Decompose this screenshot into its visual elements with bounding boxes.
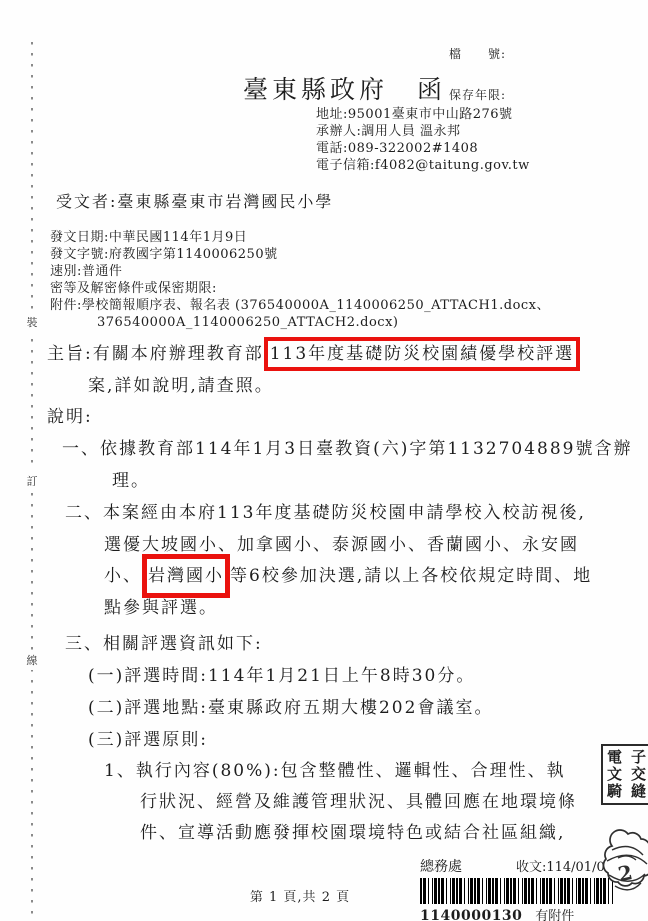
explanation-item1-line1: 一、依據教育部114年1月3日臺教資(六)字第1132704889號含辦 [62, 434, 633, 459]
receive-office: 總務處 [420, 856, 462, 876]
file-number-label: 檔 號: [449, 48, 506, 62]
document-title: 臺東縣政府 函 [243, 70, 446, 106]
speed-class-line: 速別:普通件 [50, 263, 550, 280]
subject-line-1: 主旨:有關本府辦理教育部113年度基礎防災校園績優學校評選 [47, 339, 580, 364]
electronic-exchange-stamp: 電子 文交 騎縫 [601, 744, 648, 805]
attachment-line-2: 376540000A_1140006250_ATTACH2.docx) [50, 314, 550, 331]
security-class-line: 密等及解密條件或保密期限: [50, 280, 550, 297]
contact-phone: 電話:089-322002#1408 [316, 140, 530, 157]
agency-contact-block: 地址:95001臺東市中山路276號 承辦人:調用人員 溫永邦 電話:089-3… [316, 106, 530, 174]
document-meta-block: 發文日期:中華民國114年1月9日 發文字號:府教國字第1140006250號 … [50, 229, 550, 331]
explanation-item2-line1: 二、本案經由本府113年度基礎防災校園申請學校入校訪視後, [65, 498, 586, 523]
recipient-line: 受文者:臺東縣臺東市岩灣國民小學 [56, 189, 333, 212]
principle1-line1: 1、執行內容(80%):包含整體性、邏輯性、合理性、執 [104, 756, 566, 781]
item3-sub2-place: (二)評選地點:臺東縣政府五期大樓202會議室。 [88, 693, 493, 718]
issue-number-line: 發文字號:府教國字第1140006250號 [50, 246, 550, 263]
agency-address: 地址:95001臺東市中山路276號 [316, 106, 530, 123]
binding-mark-zhuang: 裝 [23, 312, 41, 332]
issue-date-line: 發文日期:中華民國114年1月9日 [50, 229, 550, 246]
principle1-line2: 行狀況、經營及維護管理狀況、具體回應在地環境條 [140, 787, 577, 812]
explanation-item2-line4: 點參與評選。 [104, 593, 218, 618]
attachment-line: 附件:學校簡報順序表、報名表 (376540000A_1140006250_AT… [50, 297, 550, 314]
explanation-label: 說明: [47, 402, 93, 427]
subject-line-2: 案,詳如說明,請查照。 [88, 371, 274, 396]
explanation-item3: 三、相關評選資訊如下: [65, 629, 263, 654]
subject-prefix: 主旨:有關本府辦理教育部 [47, 344, 264, 364]
explanation-item2-line3: 小、岩灣國小等6校參加決選,請以上各校依規定時間、地 [104, 561, 592, 586]
item3-sub1-time: (一)評選時間:114年1月21日上午8時30分。 [88, 661, 475, 686]
item2-line3-suffix: 等6校參加決選,請以上各校依規定時間、地 [230, 566, 592, 586]
explanation-item1-line2: 理。 [112, 466, 150, 491]
item3-sub3-principles: (三)評選原則: [88, 725, 208, 750]
stamp-row-3: 騎縫 [607, 783, 648, 800]
subject-highlight-box: 113年度基礎防災校園績優學校評選 [264, 337, 580, 371]
official-letter-page: 裝 訂 線 檔 號: 保存年限: 臺東縣政府 函 地址:95001臺東市中山路2… [0, 0, 648, 921]
receive-barcode [420, 878, 613, 904]
page-seal-icon: 2 [592, 828, 648, 910]
receive-stamp-block: 總務處 收文:114/01/09 1140000130 有附件 [420, 856, 613, 921]
binding-mark-xian: 線 [23, 650, 41, 670]
attachment-note: 有附件 [535, 905, 574, 921]
binding-mark-ding: 訂 [23, 471, 41, 491]
retention-period-label: 保存年限: [449, 89, 506, 103]
contact-email: 電子信箱:f4082@taitung.gov.tw [316, 157, 530, 174]
explanation-item2-line2: 選優大坡國小、加拿國小、泰源國小、香蘭國小、永安國 [104, 530, 579, 555]
stamp-row-1: 電子 [607, 749, 648, 766]
principle1-line3: 件、宣導活動應發揮校園環境特色或結合社區組織, [140, 818, 565, 843]
receive-doc-number: 1140000130 [420, 908, 522, 921]
stamp-row-2: 文交 [607, 766, 648, 783]
page-number-footer: 第 1 頁,共 2 頁 [200, 886, 400, 905]
item2-line3-prefix: 小、 [104, 566, 142, 586]
contact-person: 承辦人:調用人員 溫永邦 [316, 123, 530, 140]
school-highlight-box: 岩灣國小 [142, 554, 230, 598]
